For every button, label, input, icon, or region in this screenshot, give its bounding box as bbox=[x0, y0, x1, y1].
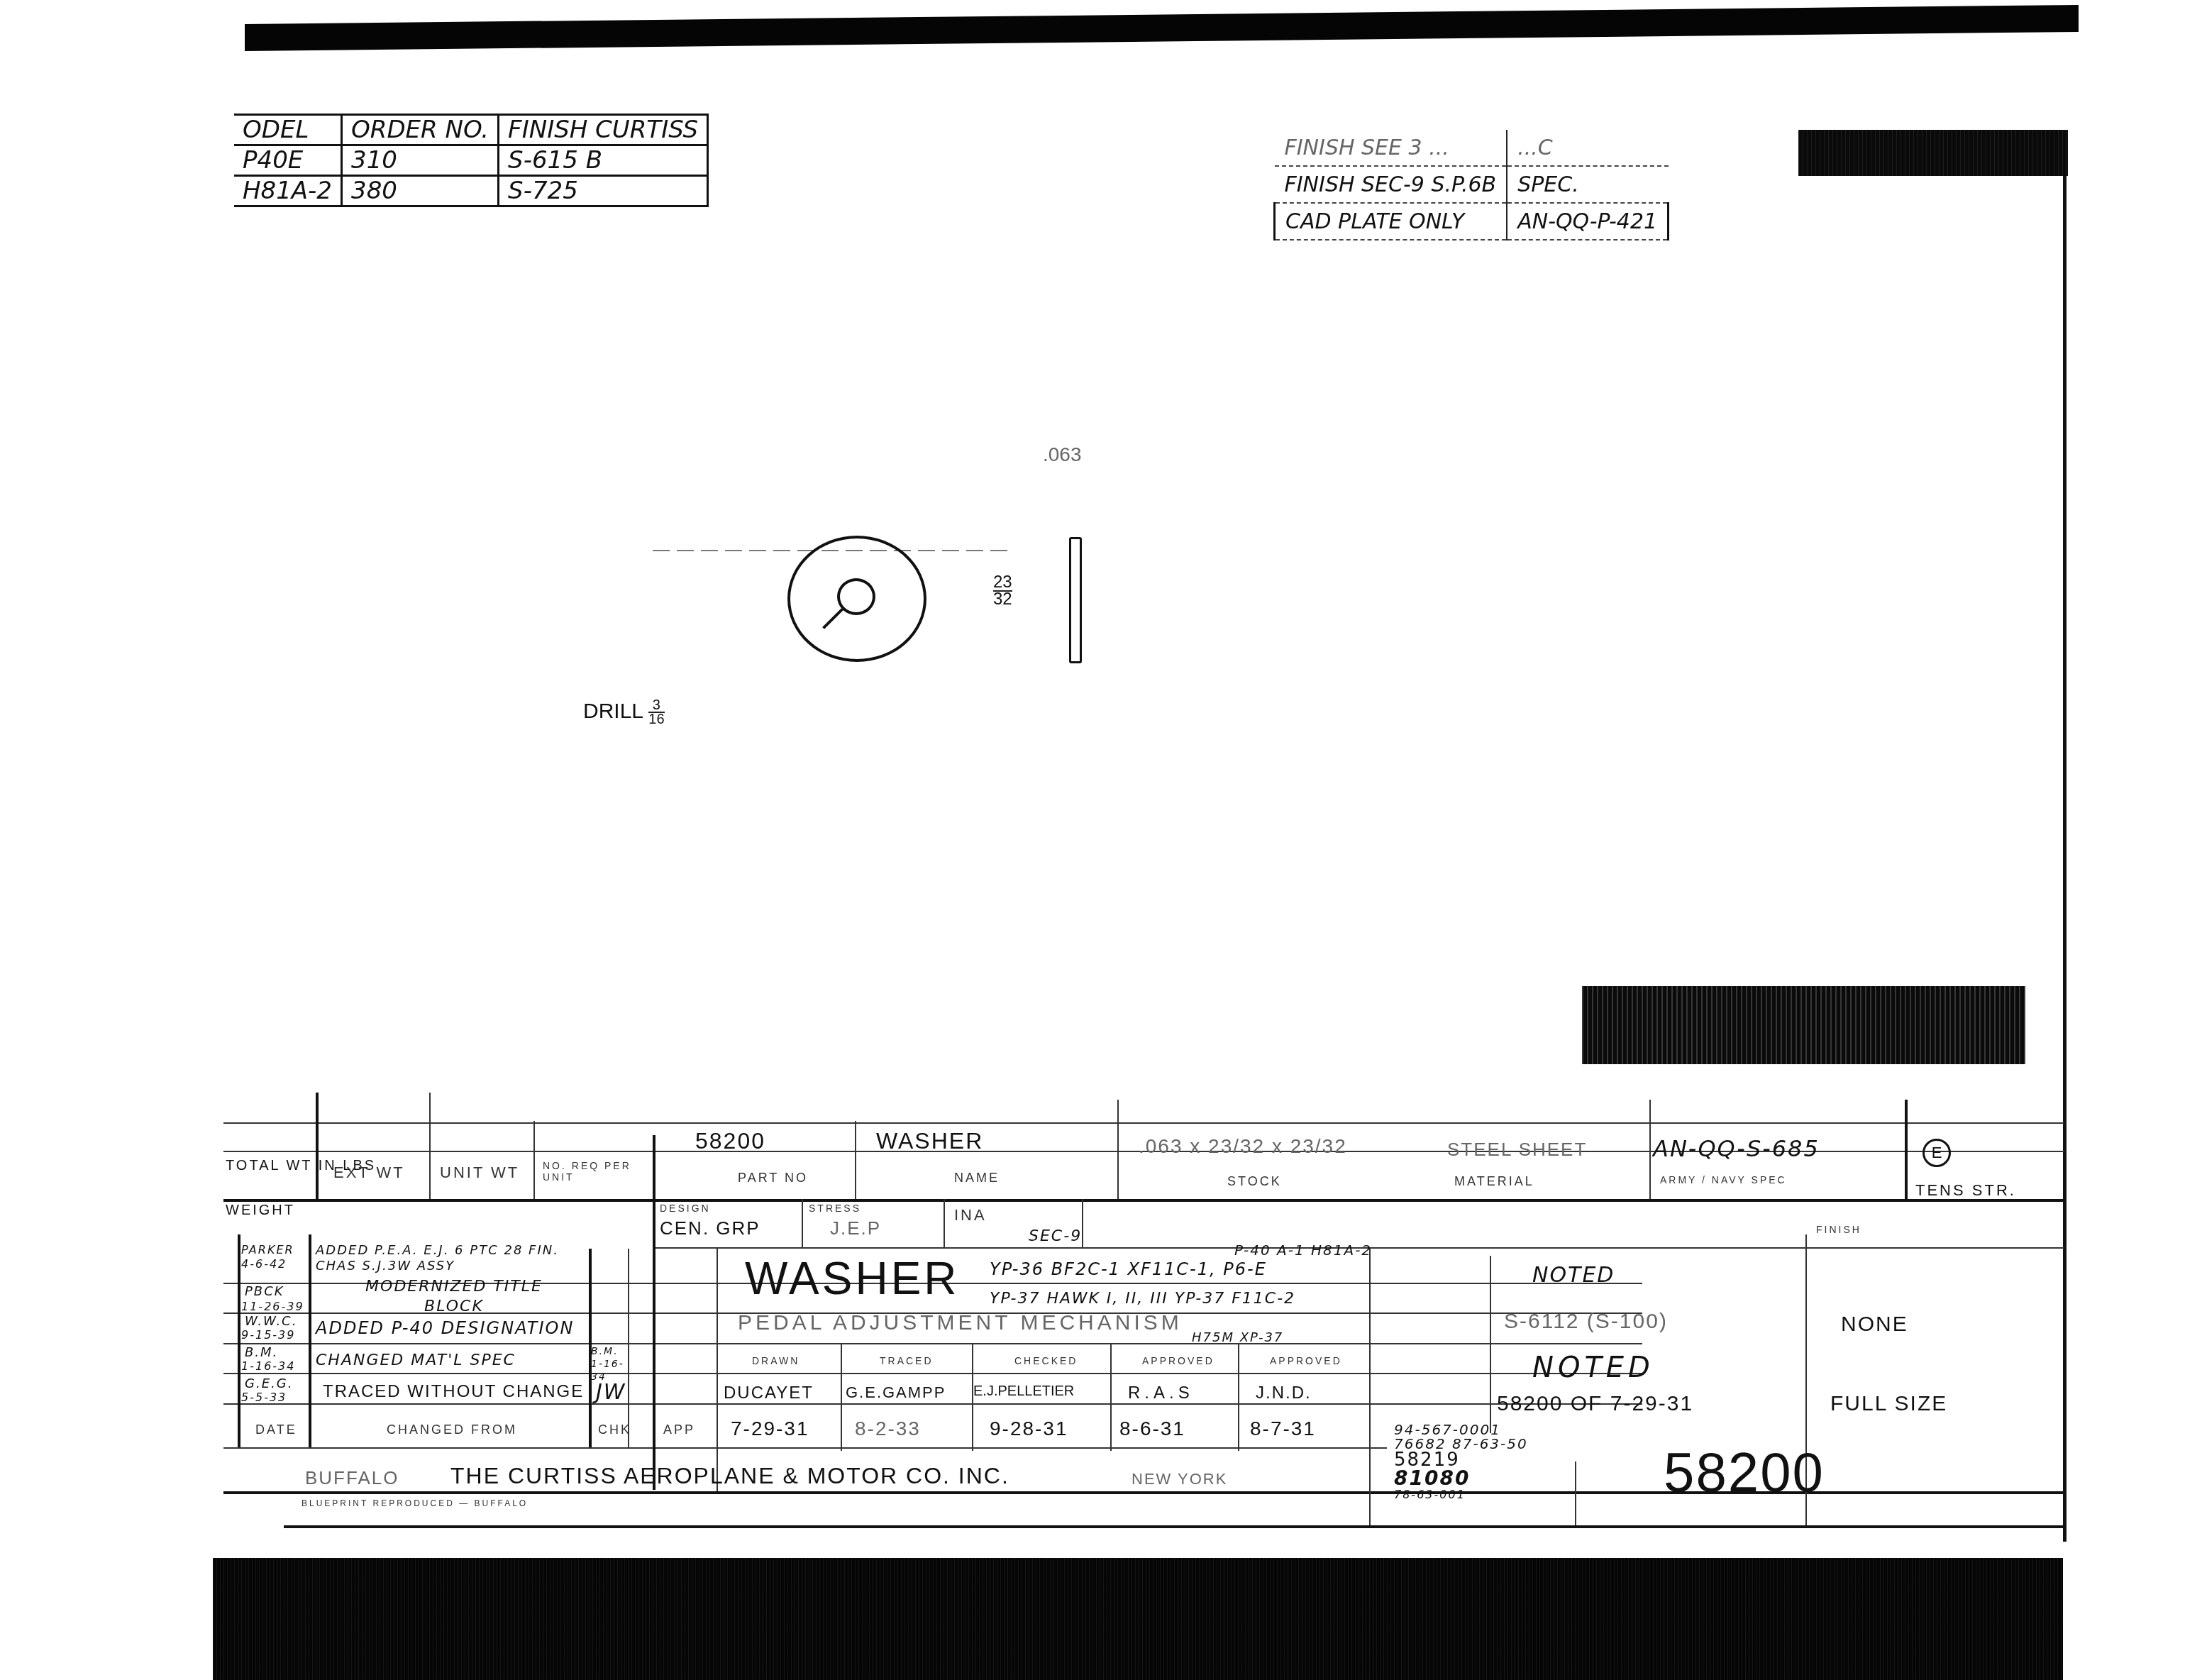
part-number: 58200 bbox=[695, 1128, 765, 1154]
name-label: NAME bbox=[954, 1171, 1000, 1186]
sig-label: CHECKED bbox=[1014, 1355, 1078, 1366]
diameter-denominator: 32 bbox=[993, 590, 1012, 607]
stress-label: STRESS bbox=[809, 1203, 861, 1214]
header-model: ODEL bbox=[234, 115, 342, 145]
finish-spec: SPEC. bbox=[1507, 166, 1668, 203]
drawing-title: WASHER bbox=[745, 1252, 960, 1305]
rev-date: 9-15-39 bbox=[241, 1328, 295, 1342]
finish-label: FINISH bbox=[1816, 1224, 1861, 1235]
ina-label: INA bbox=[954, 1206, 987, 1225]
design-label: DESIGN bbox=[660, 1203, 711, 1214]
rev-date: 1-16-34 bbox=[241, 1359, 295, 1373]
company-city: BUFFALO bbox=[305, 1467, 399, 1489]
thickness-dimension: .063 bbox=[1043, 443, 1082, 466]
stock-size: .063 x 23/32 x 23/32 bbox=[1139, 1135, 1347, 1158]
cell-model: P40E bbox=[234, 145, 342, 176]
cell-order: 380 bbox=[342, 176, 499, 206]
rev-change-header: CHANGED FROM bbox=[387, 1422, 517, 1437]
drawing-subtitle: PEDAL ADJUSTMENT MECHANISM bbox=[738, 1311, 1183, 1335]
rev-by: W.W.C. bbox=[245, 1314, 297, 1329]
stock-label: STOCK bbox=[1227, 1174, 1282, 1189]
footer-small-print: BLUEPRINT REPRODUCED — BUFFALO bbox=[301, 1498, 528, 1508]
ink-stamp-block bbox=[1582, 986, 2025, 1064]
table-row: P40E 310 S-615 B bbox=[234, 145, 708, 176]
company-location: NEW YORK bbox=[1132, 1470, 1227, 1488]
rev-by: B.M. bbox=[245, 1345, 278, 1360]
drill-note: DRILL 3 16 bbox=[583, 699, 665, 726]
sig-date: 7-29-31 bbox=[731, 1417, 809, 1440]
rev-chk-header: CHK bbox=[598, 1422, 631, 1437]
drill-num: 3 bbox=[648, 699, 664, 712]
washer-side-view bbox=[1069, 537, 1082, 663]
rev-by: G.E.G. bbox=[245, 1376, 293, 1391]
table-row: FINISH SEE 3 ... ...C bbox=[1275, 130, 1669, 166]
drill-label: DRILL bbox=[583, 700, 643, 723]
header-order-no: ORDER NO. bbox=[342, 115, 499, 145]
finish-spec: ...C bbox=[1507, 130, 1668, 166]
diameter-dimension: 23 32 bbox=[993, 575, 1012, 607]
cell-finish: S-725 bbox=[499, 176, 708, 206]
sig-date: 8-6-31 bbox=[1119, 1417, 1185, 1440]
weight-label: WEIGHT bbox=[226, 1203, 295, 1219]
used-on-list: 94-567-0001 76682 87-63-50 58219 81080 7… bbox=[1394, 1422, 1528, 1502]
note-noted-1: NOTED bbox=[1532, 1263, 1615, 1288]
table-row: FINISH SEC-9 S.P.6B SPEC. bbox=[1275, 166, 1669, 203]
header-finish: FINISH CURTISS bbox=[499, 115, 708, 145]
rev-chk: JW bbox=[596, 1380, 626, 1405]
spec-number: AN-QQ-S-685 bbox=[1653, 1135, 1820, 1162]
rev-change: TRACED WITHOUT CHANGE bbox=[323, 1382, 584, 1402]
redacted-block-top-right bbox=[1798, 130, 2068, 176]
drawing-number: 58200 bbox=[1664, 1440, 1825, 1505]
scan-edge-band-bottom bbox=[213, 1558, 2063, 1680]
sig-date: 8-2-33 bbox=[855, 1417, 921, 1440]
note-spec-ref: S-6112 (S-100) bbox=[1504, 1310, 1668, 1334]
rev-change: CHANGED MAT'L SPEC bbox=[316, 1352, 516, 1369]
design-group: CEN. GRP bbox=[660, 1217, 760, 1239]
rev-by: PARKER bbox=[241, 1243, 294, 1256]
sig-name-approved: R.A.S bbox=[1128, 1383, 1194, 1403]
sig-name-traced: G.E.GAMPP bbox=[846, 1383, 946, 1402]
cell-model: H81A-2 bbox=[234, 176, 342, 206]
finish-spec: AN-QQ-P-421 bbox=[1507, 203, 1668, 240]
cell-finish: S-615 B bbox=[499, 145, 708, 176]
diameter-numerator: 23 bbox=[993, 575, 1012, 590]
finish-spec-table: FINISH SEE 3 ... ...C FINISH SEC-9 S.P.6… bbox=[1273, 130, 1669, 241]
applicable-models-3: P-40 A-1 H81A-2 bbox=[1234, 1242, 1372, 1259]
tens-str-label: TENS STR. bbox=[1915, 1181, 2016, 1200]
sig-name-drawn: DUCAYET bbox=[724, 1383, 814, 1403]
no-req-label: NO. REQ PER UNIT bbox=[543, 1160, 635, 1183]
used-on-item: 78-63-001 bbox=[1394, 1488, 1528, 1502]
sig-date: 9-28-31 bbox=[990, 1417, 1068, 1440]
table-header-row: ODEL ORDER NO. FINISH CURTISS bbox=[234, 115, 708, 145]
rev-change: ADDED P-40 DESIGNATION bbox=[316, 1318, 574, 1338]
sig-label: APPROVED bbox=[1270, 1355, 1342, 1366]
sheet-border-right bbox=[2063, 130, 2067, 1542]
material: STEEL SHEET bbox=[1447, 1139, 1587, 1161]
applicable-models-2: YP-37 HAWK I, II, III YP-37 F11C-2 bbox=[990, 1290, 1295, 1308]
finish-desc: FINISH SEC-9 S.P.6B bbox=[1275, 166, 1507, 203]
finish-value: NONE bbox=[1841, 1312, 1908, 1337]
rev-date-header: DATE bbox=[255, 1422, 297, 1437]
scale-value: FULL SIZE bbox=[1830, 1392, 1947, 1416]
material-label: MATERIAL bbox=[1454, 1174, 1534, 1189]
sig-label: DRAWN bbox=[752, 1355, 800, 1366]
model-order-table: ODEL ORDER NO. FINISH CURTISS P40E 310 S… bbox=[234, 114, 709, 207]
rev-chk: B.M. 1-16-34 bbox=[591, 1345, 626, 1383]
sig-date: 8-7-31 bbox=[1250, 1417, 1316, 1440]
drill-den: 16 bbox=[648, 712, 664, 726]
company-name: THE CURTISS AEROPLANE & MOTOR CO. INC. bbox=[450, 1463, 1009, 1489]
stress-engineer: J.E.P bbox=[830, 1217, 881, 1239]
rev-change: MODERNIZED TITLE BLOCK bbox=[333, 1277, 575, 1317]
rev-app-header: APP bbox=[663, 1422, 695, 1437]
rev-date: 11-26-39 bbox=[241, 1300, 304, 1313]
sig-name-checked: E.J.PELLETIER bbox=[973, 1383, 1074, 1400]
cell-order: 310 bbox=[342, 145, 499, 176]
part-name: WASHER bbox=[876, 1128, 983, 1154]
heat-treat-mark: E bbox=[1922, 1139, 1951, 1167]
table-row: CAD PLATE ONLY AN-QQ-P-421 bbox=[1275, 203, 1669, 240]
part-no-label: PART NO bbox=[738, 1171, 808, 1186]
table-row: H81A-2 380 S-725 bbox=[234, 176, 708, 206]
spec-label: ARMY / NAVY SPEC bbox=[1660, 1174, 1787, 1186]
unit-wt-label: UNIT WT bbox=[440, 1164, 519, 1182]
sig-name-approved-2: J.N.D. bbox=[1256, 1383, 1312, 1403]
sig-label: APPROVED bbox=[1142, 1355, 1215, 1366]
rev-date: 5-5-33 bbox=[241, 1391, 287, 1404]
rev-by: PBCK bbox=[245, 1284, 284, 1299]
finish-desc: FINISH SEE 3 ... bbox=[1275, 130, 1507, 166]
note-superseded: 58200 OF 7-29-31 bbox=[1497, 1392, 1693, 1416]
total-wt-label: TOTAL WT IN LBS bbox=[226, 1158, 311, 1174]
ext-wt-label: EXT WT bbox=[333, 1164, 405, 1182]
scan-edge-band-top bbox=[245, 5, 2079, 51]
used-on-item: 76682 87-63-50 bbox=[1394, 1437, 1528, 1451]
ina-value: SEC-9 bbox=[1029, 1227, 1082, 1245]
used-on-item: 81080 bbox=[1394, 1469, 1528, 1488]
rev-change: ADDED P.E.A. E.J. 6 PTC 28 FIN. CHAS S.J… bbox=[316, 1243, 585, 1274]
rev-date: 4-6-42 bbox=[241, 1257, 287, 1271]
applicable-models-1: YP-36 BF2C-1 XF11C-1, P6-E bbox=[990, 1259, 1267, 1279]
sig-label: TRACED bbox=[880, 1355, 934, 1366]
finish-desc: CAD PLATE ONLY bbox=[1275, 203, 1507, 240]
note-noted-2: NOTED bbox=[1532, 1352, 1654, 1384]
applicable-models-4: H75M XP-37 bbox=[1192, 1330, 1283, 1345]
used-on-item: 94-567-0001 bbox=[1394, 1422, 1528, 1437]
